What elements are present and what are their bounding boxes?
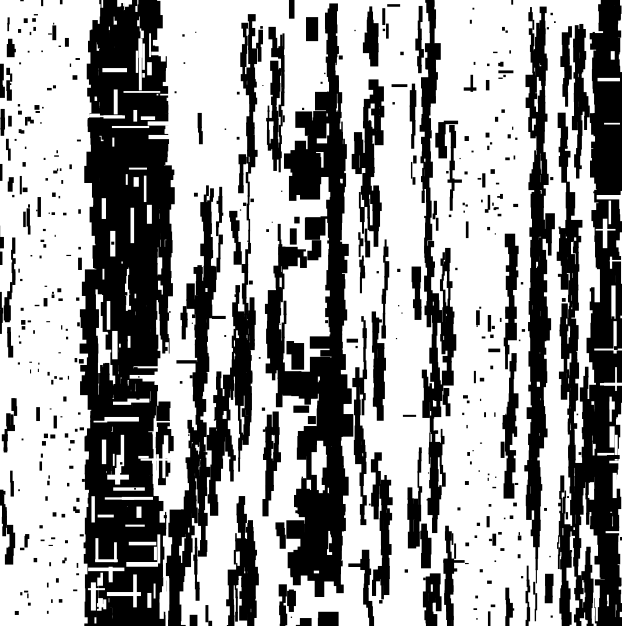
texture-page — [0, 0, 622, 626]
grunge-texture-canvas — [0, 0, 622, 626]
grunge-texture-figure — [0, 0, 622, 626]
